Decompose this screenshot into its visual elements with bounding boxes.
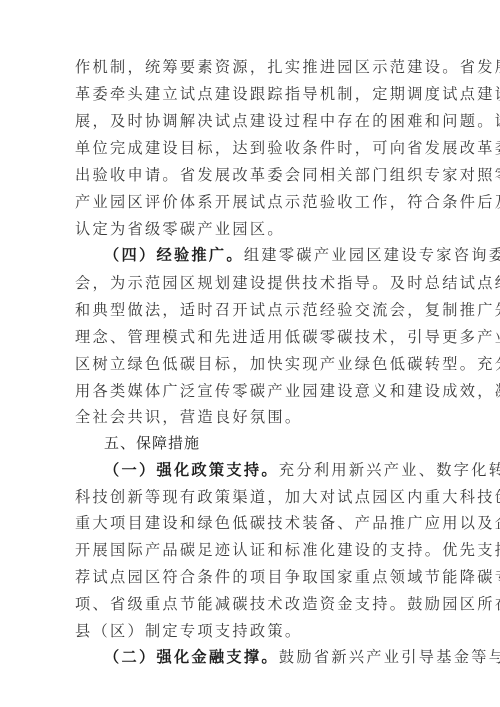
- text-line: 出验收申请。省发展改革委会同相关部门组织专家对照零碳: [75, 165, 425, 185]
- text-span: 鼓励省新兴产业引导基金等与相: [279, 648, 500, 666]
- section-title-experience-promotion: （四）经验推广。: [104, 246, 244, 264]
- section-title-policy-support: （一）强化政策支持。: [104, 461, 279, 479]
- section-heading-safeguards: 五、保障措施: [104, 433, 200, 453]
- text-line: 科技创新等现有政策渠道，加大对试点园区内重大科技创新、: [75, 487, 425, 507]
- section-first-line: （二）强化金融支撑。鼓励省新兴产业引导基金等与相: [104, 647, 425, 667]
- text-line: 区树立绿色低碳目标，加快实现产业绿色低碳转型。充分运: [75, 354, 425, 374]
- text-line: 认定为省级零碳产业园区。: [75, 219, 425, 239]
- text-span: 组建零碳产业园区建设专家咨询委员: [244, 246, 500, 264]
- text-line: 理念、管理模式和先进适用低碳零碳技术，引导更多产业园: [75, 327, 425, 347]
- text-line: 展，及时协调解决试点建设过程中存在的困难和问题。试点: [75, 111, 425, 131]
- text-line: 荐试点园区符合条件的项目争取国家重点领域节能降碳专: [75, 567, 425, 587]
- text-span: 充分利用新兴产业、数字化转型、: [279, 461, 500, 479]
- text-line: 革委牵头建立试点建设跟踪指导机制，定期调度试点建设进: [75, 84, 425, 104]
- text-line: 重大项目建设和绿色低碳技术装备、产品推广应用以及企业: [75, 513, 425, 533]
- section-title-financial-support: （二）强化金融支撑。: [104, 648, 279, 666]
- section-first-line: （一）强化政策支持。充分利用新兴产业、数字化转型、: [104, 460, 425, 480]
- text-line: 全社会共识，营造良好氛围。: [75, 407, 425, 427]
- section-first-line: （四）经验推广。组建零碳产业园区建设专家咨询委员: [104, 245, 425, 265]
- text-line: 用各类媒体广泛宣传零碳产业园建设意义和建设成效，凝聚: [75, 381, 425, 401]
- text-line: 作机制，统筹要素资源，扎实推进园区示范建设。省发展改: [75, 57, 425, 77]
- text-line: 县（区）制定专项支持政策。: [75, 621, 425, 641]
- text-line: 和典型做法，适时召开试点示范经验交流会，复制推广先进: [75, 300, 425, 320]
- text-line: 开展国际产品碳足迹认证和标准化建设的支持。优先支持推: [75, 540, 425, 560]
- text-line: 会，为示范园区规划建设提供技术指导。及时总结试点经验: [75, 273, 425, 293]
- text-line: 项、省级重点节能减碳技术改造资金支持。鼓励园区所在市、: [75, 594, 425, 614]
- text-line: 单位完成建设目标，达到验收条件时，可向省发展改革委提: [75, 138, 425, 158]
- document-page: 作机制，统筹要素资源，扎实推进园区示范建设。省发展改 革委牵头建立试点建设跟踪指…: [0, 0, 500, 707]
- text-line: 产业园区评价体系开展试点示范验收工作，符合条件后及时: [75, 192, 425, 212]
